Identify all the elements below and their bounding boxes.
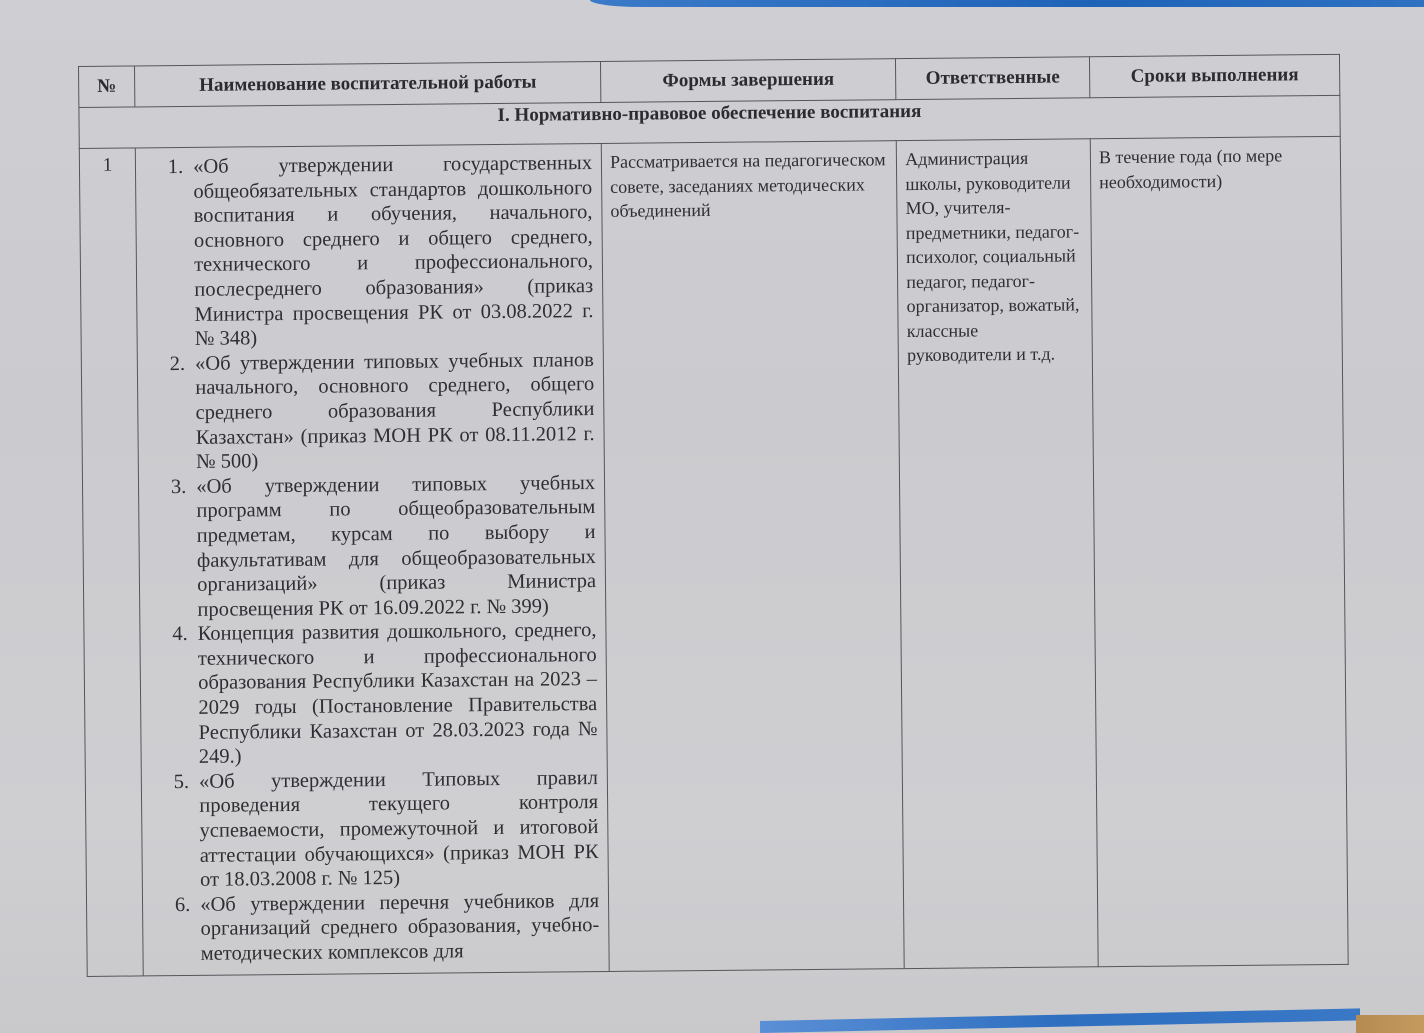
document-page: № Наименование воспитательной работы Фор…: [78, 54, 1349, 977]
list-item-text: «Об утверждении типовых учебных программ…: [196, 471, 596, 622]
list-item: 1. «Об утверждении государственных общео…: [137, 151, 594, 352]
header-deadline: Сроки выполнения: [1089, 54, 1339, 97]
work-plan-table: № Наименование воспитательной работы Фор…: [78, 54, 1349, 977]
list-item: 4. Концепция развития дошкольного, средн…: [142, 618, 598, 770]
list-item-text: «Об утверждении Типовых правил проведени…: [199, 766, 599, 893]
header-form: Формы завершения: [601, 59, 897, 103]
list-item-number: 2.: [139, 352, 196, 476]
background-blue-strip-bottom: [760, 1008, 1360, 1033]
list-item-number: 6.: [144, 893, 201, 967]
list-item: 2. «Об утверждении типовых учебных плано…: [139, 348, 595, 475]
list-item: 5. «Об утверждении Типовых правил провед…: [143, 766, 599, 893]
completion-form-cell: Рассматривается на педагогическом совете…: [601, 141, 904, 972]
list-item-text: «Об утверждении перечня учебников для ор…: [200, 889, 600, 967]
list-item: 3. «Об утверждении типовых учебных прогр…: [140, 471, 596, 623]
background-blue-strip-top: [590, 0, 1424, 7]
header-name: Наименование воспитательной работы: [135, 61, 601, 106]
documents-cell: 1. «Об утверждении государственных общео…: [136, 143, 610, 975]
documents-list: 1. «Об утверждении государственных общео…: [137, 145, 608, 967]
list-item-number: 1.: [137, 155, 195, 352]
list-item-number: 5.: [143, 770, 200, 894]
list-item-text: Концепция развития дошкольного, среднего…: [198, 618, 598, 769]
header-responsible: Ответственные: [896, 57, 1090, 100]
list-item-text: «Об утверждении государственных общеобяз…: [193, 151, 594, 352]
row-number: 1: [79, 148, 143, 977]
list-item-number: 4.: [142, 622, 199, 770]
list-item: 6. «Об утверждении перечня учебников для…: [144, 889, 600, 967]
background-wooden-corner: [1356, 1015, 1424, 1033]
list-item-number: 3.: [140, 475, 197, 623]
deadline-cell: В течение года (по мере необходимости): [1090, 136, 1348, 966]
table-row: 1 1. «Об утверждении государственных общ…: [79, 136, 1348, 976]
header-num: №: [79, 66, 136, 108]
responsible-cell: Администрация школы, руководители МО, уч…: [896, 139, 1098, 969]
list-item-text: «Об утверждении типовых учебных планов н…: [195, 348, 595, 475]
